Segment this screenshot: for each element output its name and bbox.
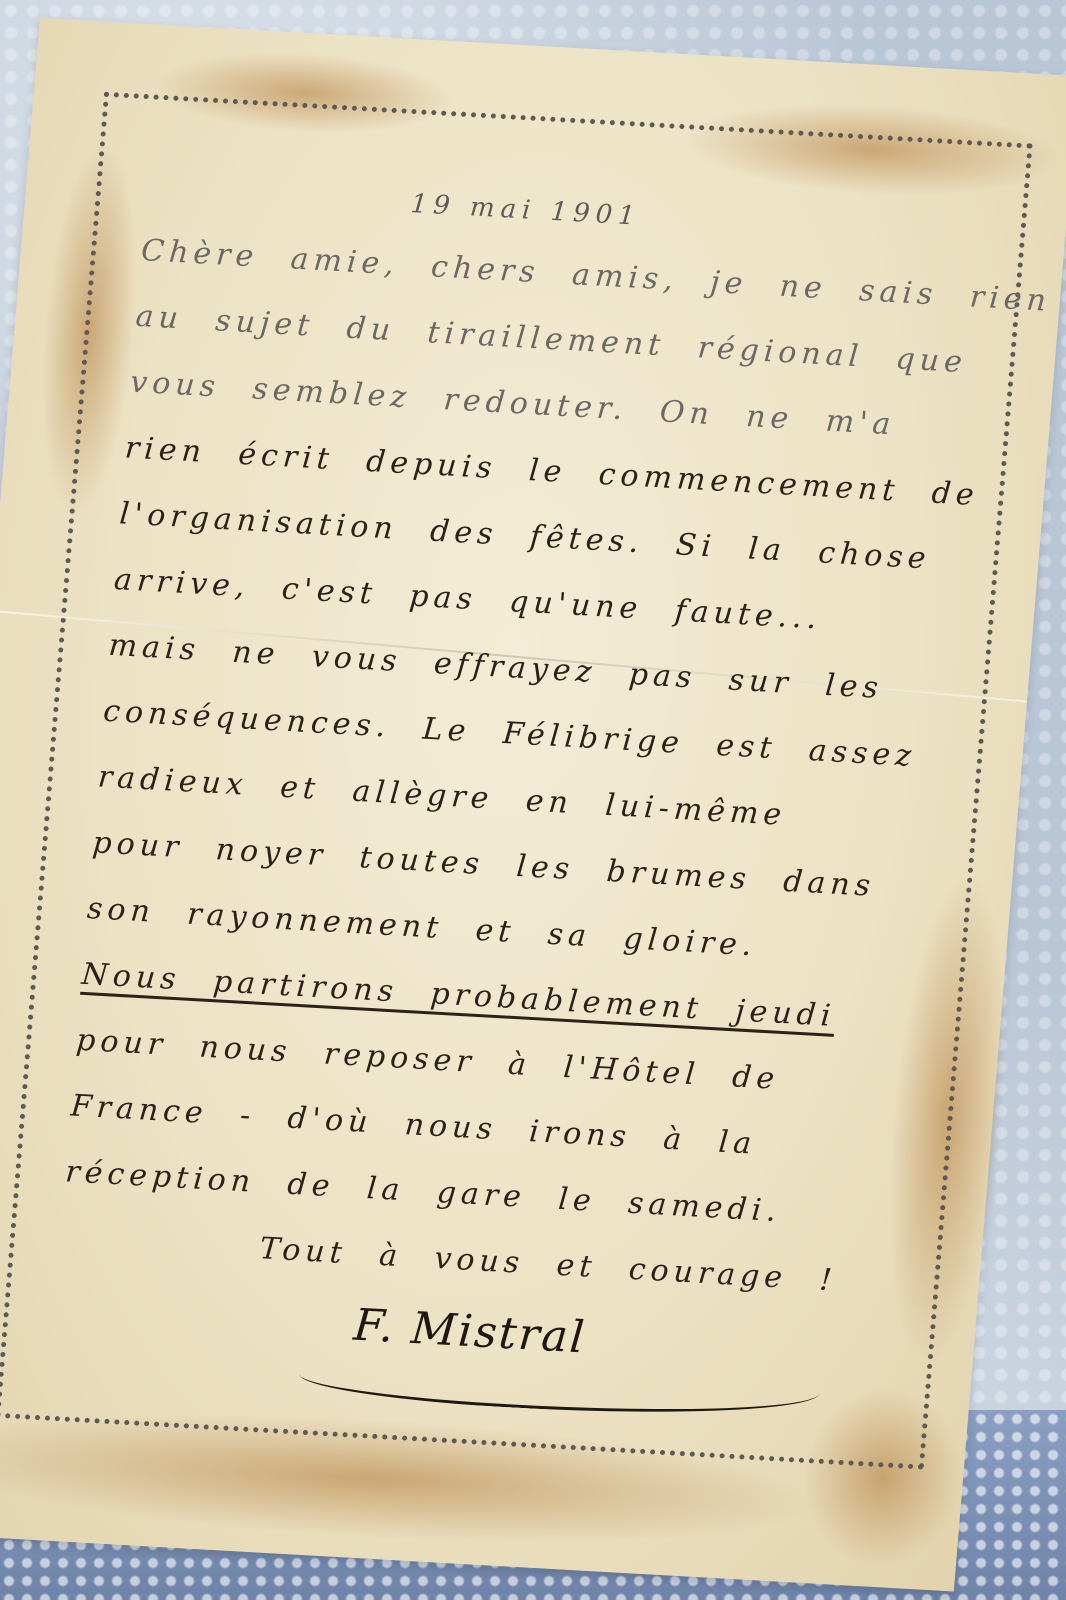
letter-body: 19 mai 1901 Chère amie, chers amis, je n…: [52, 174, 966, 1379]
letter-card: 19 mai 1901 Chère amie, chers amis, je n…: [0, 18, 1066, 1591]
